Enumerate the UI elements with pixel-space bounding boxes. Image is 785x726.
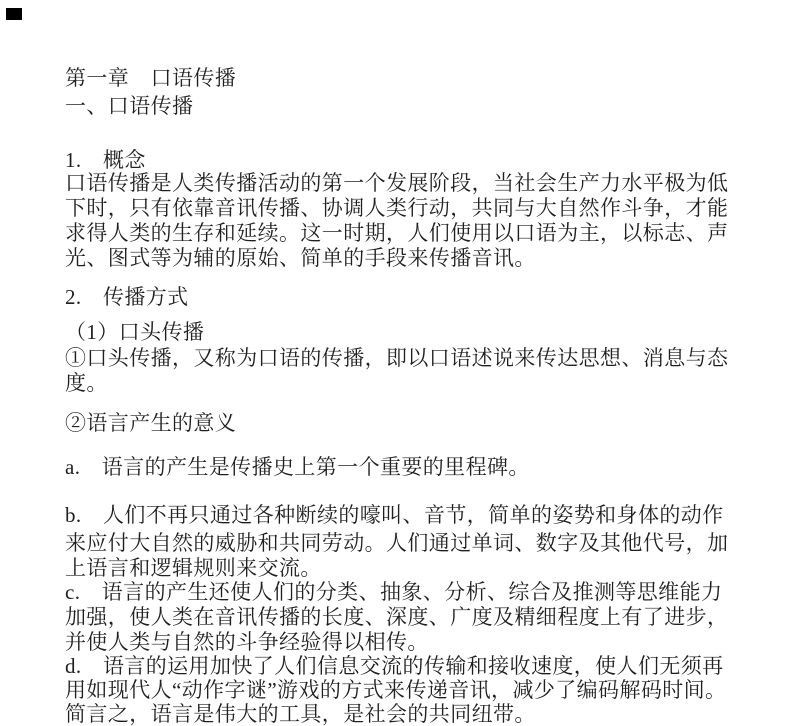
subsection-heading: 2. 传播方式 [65, 285, 765, 310]
text-line: a. 语言的产生是传播史上第一个重要的里程碑。 [65, 455, 765, 480]
text-line: 加强，使人类在音讯传播的长度、深度、广度及精细程度上有了进步， [65, 605, 765, 630]
chapter-title: 第一章 口语传播 [65, 66, 765, 91]
text-line: d. 语言的运用加快了人们信息交流的传输和接收速度，使人们无须再 [65, 654, 765, 679]
subsection-heading: 1. 概念 [65, 148, 765, 173]
text-line: ①口头传播，又称为口语的传播，即以口语述说来传达思想、消息与态 [65, 346, 765, 371]
text-line: 用如现代人“动作字谜”游戏的方式来传递音讯，减少了编码解码时间。 [65, 678, 765, 703]
text-line: b. 人们不再只通过各种断续的嚎叫、音节，简单的姿势和身体的动作 [65, 503, 765, 528]
text-line: 简言之，语言是伟大的工具，是社会的共同纽带。 [65, 702, 765, 726]
text-line: 求得人类的生存和延续。这一时期，人们使用以口语为主，以标志、声 [65, 221, 765, 246]
text-line: 上语言和逻辑规则来交流。 [65, 556, 765, 581]
list-item-heading: ②语言产生的意义 [65, 411, 765, 436]
list-item-heading: （1）口头传播 [65, 320, 765, 345]
text-line: 光、图式等为辅的原始、简单的手段来传播音讯。 [65, 246, 765, 271]
text-line: c. 语言的产生还使人们的分类、抽象、分析、综合及推测等思维能力 [65, 580, 765, 605]
text-line: 口语传播是人类传播活动的第一个发展阶段，当社会生产力水平极为低 [65, 171, 765, 196]
text-line: 并使人类与自然的斗争经验得以相传。 [65, 630, 765, 655]
text-line: 度。 [65, 371, 765, 396]
section-heading: 一、口语传播 [65, 94, 765, 119]
scan-artifact-mark [6, 8, 22, 20]
text-line: 下时，只有依靠音讯传播、协调人类行动，共同与大自然作斗争，才能 [65, 196, 765, 221]
document-page: 第一章 口语传播 一、口语传播 1. 概念 口语传播是人类传播活动的第一个发展阶… [0, 0, 785, 726]
text-line: 来应付大自然的威胁和共同劳动。人们通过单词、数字及其他代号，加 [65, 531, 765, 556]
